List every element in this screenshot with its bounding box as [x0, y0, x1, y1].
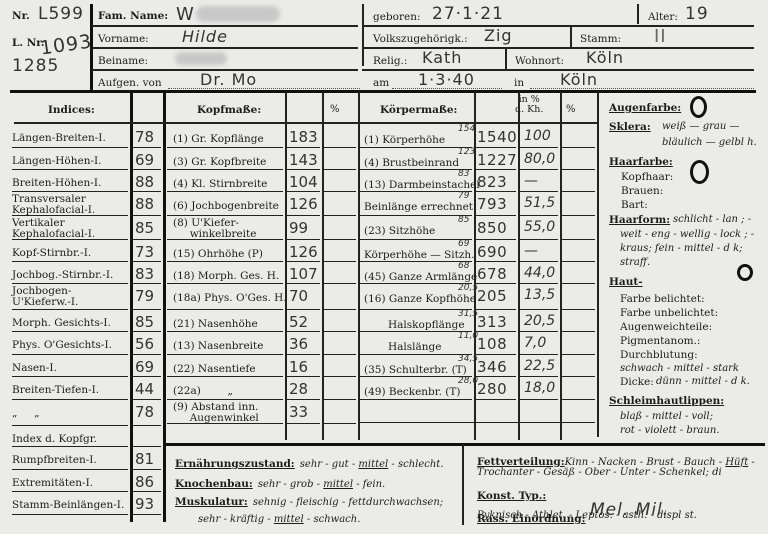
row-rule	[133, 239, 161, 240]
vorname-value: Hilde	[182, 27, 228, 46]
row-rule	[167, 147, 283, 148]
wohnort-value: Köln	[586, 48, 624, 67]
row-rule	[133, 446, 161, 447]
index-label: Index d. Kopfgr.	[12, 434, 97, 445]
index-value: 85	[135, 219, 154, 237]
row-rule	[562, 169, 595, 170]
row-rule	[167, 169, 283, 170]
kopfmass-value: 126	[289, 195, 318, 213]
row-rule	[562, 215, 595, 216]
row-rule	[360, 422, 595, 423]
haarform-mark	[737, 264, 753, 281]
koerpermass-note: 83	[458, 169, 469, 179]
row-rule	[12, 283, 128, 284]
row-rule	[287, 331, 320, 332]
row-rule	[562, 376, 595, 377]
kopfmass-value: 70	[289, 287, 308, 305]
row-rule	[360, 376, 472, 377]
koerpermass-value: 850	[477, 219, 507, 237]
row-rule	[324, 399, 356, 400]
koerpermass-note: 20,5	[458, 283, 478, 293]
schleim-line1: blaß - mittel - voll;	[620, 411, 713, 422]
kopfmass-label: (21) Nasenhöhe	[173, 319, 258, 330]
row-rule	[287, 376, 320, 377]
row-rule	[12, 446, 128, 447]
row-rule	[133, 376, 161, 377]
index-value: 85	[135, 313, 154, 331]
row-rule	[12, 215, 128, 216]
bart-label: Bart:	[621, 199, 648, 211]
index-label: Kopf-Stirnbr.-I.	[12, 248, 91, 259]
sklera-line1: weiß — grau —	[662, 121, 739, 132]
stamm-label: Stamm:	[580, 33, 621, 45]
knochenbau-label: Knochenbau:	[175, 478, 253, 490]
muskulatur-selected: mittel	[274, 514, 304, 525]
koerpermass-value: 346	[477, 358, 507, 376]
row-rule	[562, 239, 595, 240]
koerpermass-pct-kh: 100	[524, 128, 551, 144]
koerpermass-label: (1) Körperhöhe	[364, 135, 445, 146]
koerpermass-value: 678	[477, 265, 507, 283]
fettverteilung-line2: Trochanter - Gesäß - Ober - Unter - Sche…	[477, 467, 722, 478]
index-label: Morph. Gesichts-I.	[12, 318, 111, 329]
row-rule	[360, 239, 472, 240]
kopfmass-label: (22a) „	[173, 386, 233, 397]
index-label: Breiten-Höhen-I.	[12, 178, 101, 189]
row-rule	[167, 215, 283, 216]
row-rule	[562, 147, 595, 148]
muskulatur-options-a: sehr - kräftig -	[198, 514, 274, 525]
index-label: Jochbog.-Stirnbr.-I.	[12, 270, 113, 281]
haut-item: Augenweichteile:	[620, 321, 712, 333]
row-rule	[167, 261, 283, 262]
kopfmass-value: 104	[289, 173, 318, 191]
index-value: 86	[135, 473, 154, 491]
kopfmasse-title: Kopfmaße:	[197, 104, 261, 116]
fam-name-value: W	[176, 4, 195, 25]
koerpermass-label: (49) Beckenbr. (T)	[364, 387, 461, 398]
kopfmass-label: (18) Morph. Ges. H.	[173, 271, 279, 282]
row-rule	[324, 354, 356, 355]
header-rule	[14, 122, 597, 124]
koerpermasse-title: Körpermaße:	[380, 104, 457, 116]
row-rule	[476, 354, 516, 355]
row-rule	[133, 283, 161, 284]
koerpermass-pct-kh: 20,5	[524, 313, 555, 329]
knochenbau-row: Knochenbau: sehr - grob - mittel - fein.	[175, 472, 385, 491]
ernaehrung-options-b: - schlecht.	[388, 459, 443, 470]
row-rule	[287, 283, 320, 284]
anthropometric-record-card: Nr. L599 L. Nr. 1093 1285 Fam. Name: W V…	[0, 0, 768, 534]
haarfarbe-mark	[690, 160, 709, 184]
kopfmass-label: (13) Nasenbreite	[173, 341, 263, 352]
row-rule	[133, 147, 161, 148]
volk-label: Volkszugehörigk.:	[373, 33, 468, 45]
redacted-surname	[196, 6, 280, 22]
row-rule	[520, 147, 558, 148]
index-label: Rumpfbreiten-I.	[12, 455, 97, 466]
index-value: 81	[135, 450, 154, 468]
row-rule	[562, 331, 595, 332]
row-rule	[324, 169, 356, 170]
schleimhautlippen-label: Schleimhautlippen:	[609, 395, 724, 407]
koerper-pct-header: %	[566, 104, 576, 115]
col-divider	[285, 92, 287, 440]
row-rule	[287, 309, 320, 310]
kopfmass-value: 33	[289, 403, 308, 421]
row-rule	[360, 261, 472, 262]
koerpermass-note: 79	[458, 191, 469, 201]
row-rule	[360, 169, 472, 170]
row-rule	[167, 423, 283, 424]
row-rule	[360, 191, 472, 192]
row-rule	[12, 147, 128, 148]
schleim-line2: rot - violett - braun.	[620, 425, 720, 436]
row-rule	[133, 469, 161, 470]
koerpermass-note: 123	[458, 147, 475, 157]
vorname-label: Vorname:	[98, 33, 149, 45]
koerpermass-pct-kh: 44,0	[524, 265, 555, 281]
am-label: am	[373, 77, 389, 89]
koerpermass-pct-kh: 51,5	[524, 195, 555, 211]
row-rule	[133, 215, 161, 216]
row-rule	[324, 215, 356, 216]
row-rule	[287, 191, 320, 192]
row-rule	[12, 309, 128, 310]
muskulatur-options-b: - schwach.	[304, 514, 361, 525]
row-rule	[287, 261, 320, 262]
row-rule	[324, 191, 356, 192]
row-rule	[167, 283, 283, 284]
nr-label: Nr.	[12, 10, 30, 22]
row-rule	[287, 239, 320, 240]
volk-value: Zig	[484, 26, 513, 45]
koerpermass-note: 85	[458, 215, 469, 225]
kopfmass-label: (8) U'Kiefer- winkelbreite	[173, 218, 256, 240]
koerpermass-pct-kh: 13,5	[524, 287, 555, 303]
index-value: 44	[135, 380, 154, 398]
relig-label: Relig.:	[373, 55, 407, 67]
row-rule	[287, 215, 320, 216]
koerpermass-label: (16) Ganze Kopfhöhe	[364, 294, 476, 305]
index-label: Phys. O'Gesichts-I.	[12, 340, 112, 351]
row-rule	[167, 191, 283, 192]
row-rule	[476, 376, 516, 377]
index-value: 79	[135, 287, 154, 305]
index-label: Jochbogen- U'Kieferw.-I.	[12, 286, 78, 308]
koerpermass-label: Halslänge	[388, 342, 441, 353]
row-rule	[12, 354, 128, 355]
row-rule	[360, 283, 472, 284]
row-rule	[520, 191, 558, 192]
kopfmass-value: 99	[289, 219, 308, 237]
koerpermass-note: 68	[458, 261, 469, 271]
row-rule	[12, 169, 128, 170]
row-rule	[12, 399, 128, 400]
kopfmass-value: 16	[289, 358, 308, 376]
knochenbau-selected: mittel	[323, 479, 353, 490]
kopfmass-label: (1) Gr. Kopflänge	[173, 134, 264, 145]
row-rule	[133, 309, 161, 310]
row-rule	[324, 331, 356, 332]
haarform-label: Haarform:	[609, 214, 670, 226]
haut-label: Haut-	[609, 276, 643, 288]
augenfarbe-mark	[690, 96, 707, 118]
haut-item: Pigmentanom.:	[620, 335, 700, 347]
index-value: 78	[135, 403, 154, 421]
haarfarbe-label: Haarfarbe:	[609, 156, 673, 168]
row-rule	[360, 309, 472, 310]
row-rule	[133, 514, 161, 515]
row-rule	[562, 354, 595, 355]
indices-title: Indices:	[48, 104, 95, 116]
row-rule	[287, 399, 320, 400]
col-divider	[518, 92, 520, 440]
geboren-label: geboren:	[373, 11, 421, 23]
row-rule	[520, 399, 558, 400]
row-rule	[287, 354, 320, 355]
row-rule	[12, 261, 128, 262]
row-rule	[520, 169, 558, 170]
kopfmass-value: 28	[289, 380, 308, 398]
row-rule	[520, 239, 558, 240]
koerpermass-label: Beinlänge errechnet	[364, 202, 473, 213]
kopfmass-label: (18a) Phys. O'Ges. H.	[173, 293, 287, 304]
koerpermass-value: 205	[477, 287, 507, 305]
fett-options-b: -	[748, 457, 755, 468]
index-value: 83	[135, 265, 154, 283]
row-rule	[12, 239, 128, 240]
koerpermass-value: 793	[477, 195, 507, 213]
row-rule	[133, 169, 161, 170]
koerpermass-label: Halskopflänge	[388, 320, 465, 331]
row-rule	[520, 261, 558, 262]
row-rule	[476, 147, 516, 148]
koerpermass-note: 34,5	[458, 354, 478, 364]
nr-value: L599	[38, 4, 84, 24]
koerpermass-pct-kh: —	[524, 243, 538, 259]
row-rule	[476, 215, 516, 216]
in-label: in	[514, 77, 524, 89]
row-rule	[324, 261, 356, 262]
col-divider	[322, 92, 324, 440]
koerpermass-pct-kh: 55,0	[524, 219, 555, 235]
index-value: 88	[135, 195, 154, 213]
index-label: Transversaler Kephalofacial-I.	[12, 194, 95, 216]
fam-name-label: Fam. Name:	[98, 10, 168, 22]
koerpermass-value: 1227	[477, 151, 517, 169]
dicke-options: dünn - mittel - d k.	[656, 376, 750, 387]
row-rule	[520, 309, 558, 310]
index-label: Extremitäten-I.	[12, 478, 93, 489]
row-rule	[476, 283, 516, 284]
row-rule	[476, 261, 516, 262]
row-rule	[133, 331, 161, 332]
index-label: Vertikaler Kephalofacial-I.	[12, 218, 95, 240]
koerpermass-note: 11,0	[458, 331, 478, 341]
row-rule	[324, 283, 356, 284]
row-rule	[360, 354, 472, 355]
row-rule	[520, 215, 558, 216]
kopfmass-value: 143	[289, 151, 318, 169]
durchblutung-options: schwach - mittel - stark	[620, 363, 739, 374]
row-rule	[520, 283, 558, 284]
konst-typ-label: Konst. Typ.:	[477, 490, 546, 502]
row-rule	[476, 191, 516, 192]
geboren-value: 27·1·21	[432, 4, 504, 24]
row-rule	[520, 354, 558, 355]
row-rule	[562, 191, 595, 192]
row-rule	[12, 191, 128, 192]
row-rule	[167, 331, 283, 332]
fett-selected: Hüft	[725, 457, 748, 468]
koerpermass-label: (35) Schulterbr. (T)	[364, 365, 467, 376]
haarform-line3: kraus; fein - mittel - d k;	[620, 243, 743, 254]
koerpermass-value: 690	[477, 243, 507, 261]
koerpermass-value: 313	[477, 313, 507, 331]
koerpermass-label: Körperhöhe — Sitzh.	[364, 250, 475, 261]
koerpermass-pct-kh: 22,5	[524, 358, 555, 374]
index-value: 73	[135, 243, 154, 261]
index-label: Breiten-Tiefen-I.	[12, 385, 99, 396]
am-value: 1·3·40	[418, 70, 475, 89]
koerpermass-note: 69	[458, 239, 469, 249]
row-rule	[324, 239, 356, 240]
kopfmass-label: (22) Nasentiefe	[173, 364, 256, 375]
row-rule	[324, 309, 356, 310]
index-label: „ „	[12, 408, 40, 419]
kopfmass-label: (6) Jochbogenbreite	[173, 201, 279, 212]
index-value: 56	[135, 335, 154, 353]
row-rule	[360, 331, 472, 332]
kopf-pct-header: %	[330, 104, 340, 115]
aufgen-label: Aufgen. von	[98, 77, 162, 89]
kopfmass-value: 183	[289, 128, 318, 146]
row-rule	[12, 376, 128, 377]
stamm-value: II	[654, 26, 667, 47]
row-rule	[562, 399, 595, 400]
row-rule	[476, 309, 516, 310]
kopfhaar-label: Kopfhaar:	[621, 171, 673, 183]
beiname-label: Beiname:	[98, 55, 148, 67]
row-rule	[12, 469, 128, 470]
row-rule	[133, 491, 161, 492]
koerpermass-value: 108	[477, 335, 507, 353]
koerpermass-value: 280	[477, 380, 507, 398]
col-divider	[163, 92, 166, 522]
lnr-value-2: 1285	[12, 56, 59, 76]
koerpermass-pct-kh: 7,0	[524, 335, 546, 351]
relig-value: Kath	[422, 48, 462, 67]
row-rule	[133, 261, 161, 262]
row-rule	[562, 283, 595, 284]
augenfarbe-label: Augenfarbe:	[609, 102, 681, 114]
kopfmass-label: (3) Gr. Kopfbreite	[173, 157, 266, 168]
index-value: 88	[135, 173, 154, 191]
redacted-beiname	[175, 52, 227, 65]
koerpermass-value: 823	[477, 173, 507, 191]
haut-item: Farbe unbelichtet:	[620, 307, 718, 319]
row-rule	[520, 376, 558, 377]
row-rule	[324, 147, 356, 148]
koerpermass-label: (23) Sitzhöhe	[364, 226, 435, 237]
brauen-label: Brauen:	[621, 185, 663, 197]
row-rule	[12, 491, 128, 492]
row-rule	[360, 399, 472, 400]
dicke-label: Dicke:	[620, 376, 654, 388]
rass-einordnung-value: Mel. Mil.	[590, 500, 669, 520]
row-rule	[287, 147, 320, 148]
koerpermass-pct-kh: 80,0	[524, 151, 555, 167]
koerpermass-pct-kh: 18,0	[524, 380, 555, 396]
row-rule	[133, 425, 161, 426]
row-rule	[324, 376, 356, 377]
koerpermass-label: (45) Ganze Armlänge	[364, 272, 477, 283]
row-rule	[133, 191, 161, 192]
kopfmass-label: (9) Abstand inn. Augenwinkel	[173, 402, 259, 424]
wohnort-label: Wohnort:	[515, 55, 564, 67]
rass-einordnung-row: Rass. Einordnung:	[477, 507, 586, 526]
haut-item: Farbe belichtet:	[620, 293, 705, 305]
haut-item: Durchblutung:	[620, 349, 698, 361]
index-value: 69	[135, 151, 154, 169]
row-rule	[167, 354, 283, 355]
row-rule	[476, 399, 516, 400]
col-divider	[474, 92, 476, 440]
rass-einordnung-label: Rass. Einordnung:	[477, 513, 586, 525]
haarform-line4: straff.	[620, 257, 650, 268]
index-value: 78	[135, 128, 154, 146]
index-value: 69	[135, 358, 154, 376]
row-rule	[167, 239, 283, 240]
kopfmass-value: 107	[289, 265, 318, 283]
sklera-label: Sklera:	[609, 121, 651, 133]
index-value: 93	[135, 495, 154, 513]
ernaehrung-row: Ernährungszustand: sehr - gut - mittel -…	[175, 452, 444, 471]
aufgen-value: Dr. Mo	[200, 70, 257, 89]
alter-value: 19	[685, 4, 709, 24]
koerpermass-note: 28,0	[458, 376, 478, 386]
index-label: Längen-Höhen-I.	[12, 156, 102, 167]
col-divider	[560, 92, 562, 440]
row-rule	[167, 399, 283, 400]
row-rule	[12, 425, 128, 426]
koerpermass-label: (4) Brustbeinrand	[364, 158, 459, 169]
row-rule	[133, 399, 161, 400]
ernaehrung-selected: mittel	[358, 459, 388, 470]
ernaehrung-options-a: sehr - gut -	[300, 459, 359, 470]
row-rule	[12, 514, 128, 515]
index-label: Stamm-Beinlängen-I.	[12, 500, 124, 511]
koerpermass-note: 31,5	[458, 309, 478, 319]
koerpermass-pct-kh: —	[524, 173, 538, 189]
row-rule	[287, 423, 320, 424]
kopfmass-label: (15) Ohrhöhe (P)	[173, 249, 263, 260]
kopfmass-value: 126	[289, 243, 318, 261]
alter-label: Alter:	[648, 11, 678, 23]
row-rule	[167, 309, 283, 310]
row-rule	[562, 261, 595, 262]
knochenbau-options-b: - fein.	[353, 479, 385, 490]
ernaehrung-label: Ernährungszustand:	[175, 458, 295, 470]
muskulatur-row-2: sehr - kräftig - mittel - schwach.	[198, 507, 360, 526]
koerpermass-label: (13) Darmbeinstachel	[364, 180, 480, 191]
in-value: Köln	[560, 70, 598, 89]
col-divider	[358, 92, 360, 440]
kopfmass-value: 36	[289, 335, 308, 353]
row-rule	[476, 331, 516, 332]
koerpermass-value: 1540	[477, 128, 517, 146]
